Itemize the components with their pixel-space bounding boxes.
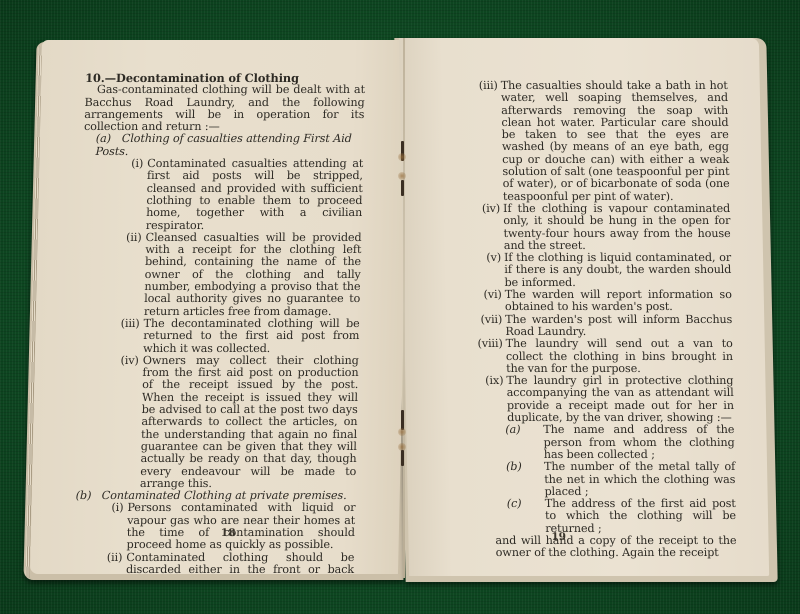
list-item: (vii) The warden's post will inform Bacc… [467, 314, 732, 339]
item-text: Contaminated casualties attending at fir… [146, 157, 364, 231]
item-text: The decontaminated clothing will be retu… [143, 317, 360, 355]
rust-mark [398, 172, 406, 180]
intro-paragraph: Gas-contaminated clothing will be dealt … [84, 84, 365, 133]
sub-item-text: The number of the metal tally of the net… [544, 460, 735, 498]
sub-item-text: The name and address of the person from … [543, 423, 734, 461]
section-b-title-text: Contaminated Clothing at private premise… [102, 489, 347, 502]
item-text: The warden's post will inform Bacchus Ro… [505, 313, 732, 338]
item-number: (i) [75, 502, 123, 514]
rust-mark [398, 428, 406, 436]
page-number-right: 19 [551, 531, 566, 543]
item-text: If the clothing is vapour contaminated o… [503, 202, 731, 252]
sub-item-letter: (b) [506, 461, 524, 473]
item-number: (ix) [468, 375, 503, 387]
left-page-text: 10.—Decontamination of Clothing Gas-cont… [73, 72, 365, 574]
list-item: (iv) Owners may collect their clothing f… [76, 355, 359, 490]
rust-mark [398, 153, 406, 161]
item-number: (ii) [81, 232, 141, 244]
item-number: (iii) [79, 318, 139, 330]
list-item: (ii) Cleansed casualties will be provide… [80, 232, 362, 318]
list-item: (viii) The laundry will send out a van t… [468, 338, 734, 375]
staple-top-icon [401, 180, 404, 196]
sub-item-letter: (c) [507, 498, 525, 510]
staple-bottom-icon [401, 410, 404, 430]
list-item: (iv) If the clothing is vapour contamina… [465, 203, 731, 252]
list-item: (i) Contaminated casualties attending at… [82, 158, 364, 232]
section-a-title: (a)Clothing of casualties attending Firs… [83, 133, 364, 158]
item-text: The casualties should take a bath in hot… [501, 79, 730, 203]
staple-bottom-icon [401, 450, 404, 466]
continuation-text: and will hand a copy of the receipt to t… [471, 535, 736, 560]
spine-fold [403, 38, 405, 578]
item-number: (v) [466, 252, 501, 264]
item-number: (vi) [467, 289, 502, 301]
item-number: (iv) [465, 203, 500, 215]
sub-item-letter: (a) [505, 424, 523, 436]
item-text: Owners may collect their clothing from t… [140, 354, 359, 490]
sub-list-item: (a) The name and address of the person f… [469, 424, 735, 461]
item-text: Contaminated clothing should be discarde… [125, 551, 354, 574]
open-booklet: 10.—Decontamination of Clothing Gas-cont… [0, 0, 800, 614]
left-page: 10.—Decontamination of Clothing Gas-cont… [30, 40, 410, 574]
item-text: The laundry will send out a van to colle… [506, 337, 733, 375]
list-item: (i) Persons contaminated with liquid or … [74, 502, 355, 551]
sub-list-item: (c) The address of the first aid post to… [471, 498, 737, 535]
section-a-title-text: Clothing of casualties attending First A… [95, 132, 351, 157]
right-page-text: (iii) The casualties should take a bath … [463, 80, 737, 560]
item-number: (iv) [79, 355, 139, 367]
sub-item-text: The address of the first aid post to whi… [545, 497, 736, 535]
list-item: (iii) The casualties should take a bath … [463, 80, 730, 203]
item-number: (i) [83, 158, 143, 170]
sub-list-item: (b) The number of the metal tally of the… [470, 461, 736, 498]
item-number: (vii) [467, 314, 502, 326]
list-item: (v) If the clothing is liquid contaminat… [466, 252, 732, 289]
item-number: (ii) [74, 552, 122, 564]
list-item: (ii) Contaminated clothing should be dis… [73, 552, 354, 574]
right-page: (iii) The casualties should take a bath … [399, 38, 769, 576]
item-number: (viii) [468, 338, 503, 350]
item-text: Persons contaminated with liquid or vapo… [126, 501, 355, 551]
page-number-left: 18 [221, 527, 236, 539]
item-number: (iii) [463, 80, 498, 92]
list-item: (ix) The laundry girl in protective clot… [468, 375, 734, 424]
item-text: The laundry girl in protective clothing … [506, 374, 734, 424]
item-text: If the clothing is liquid contaminated, … [504, 251, 731, 289]
item-text: The warden will report information so ob… [505, 288, 732, 313]
item-text: Cleansed casualties will be provided wit… [144, 231, 362, 318]
list-item: (vi) The warden will report information … [467, 289, 732, 314]
section-b-letter: (b) [76, 490, 102, 502]
list-item: (iii) The decontaminated clothing will b… [79, 318, 360, 355]
